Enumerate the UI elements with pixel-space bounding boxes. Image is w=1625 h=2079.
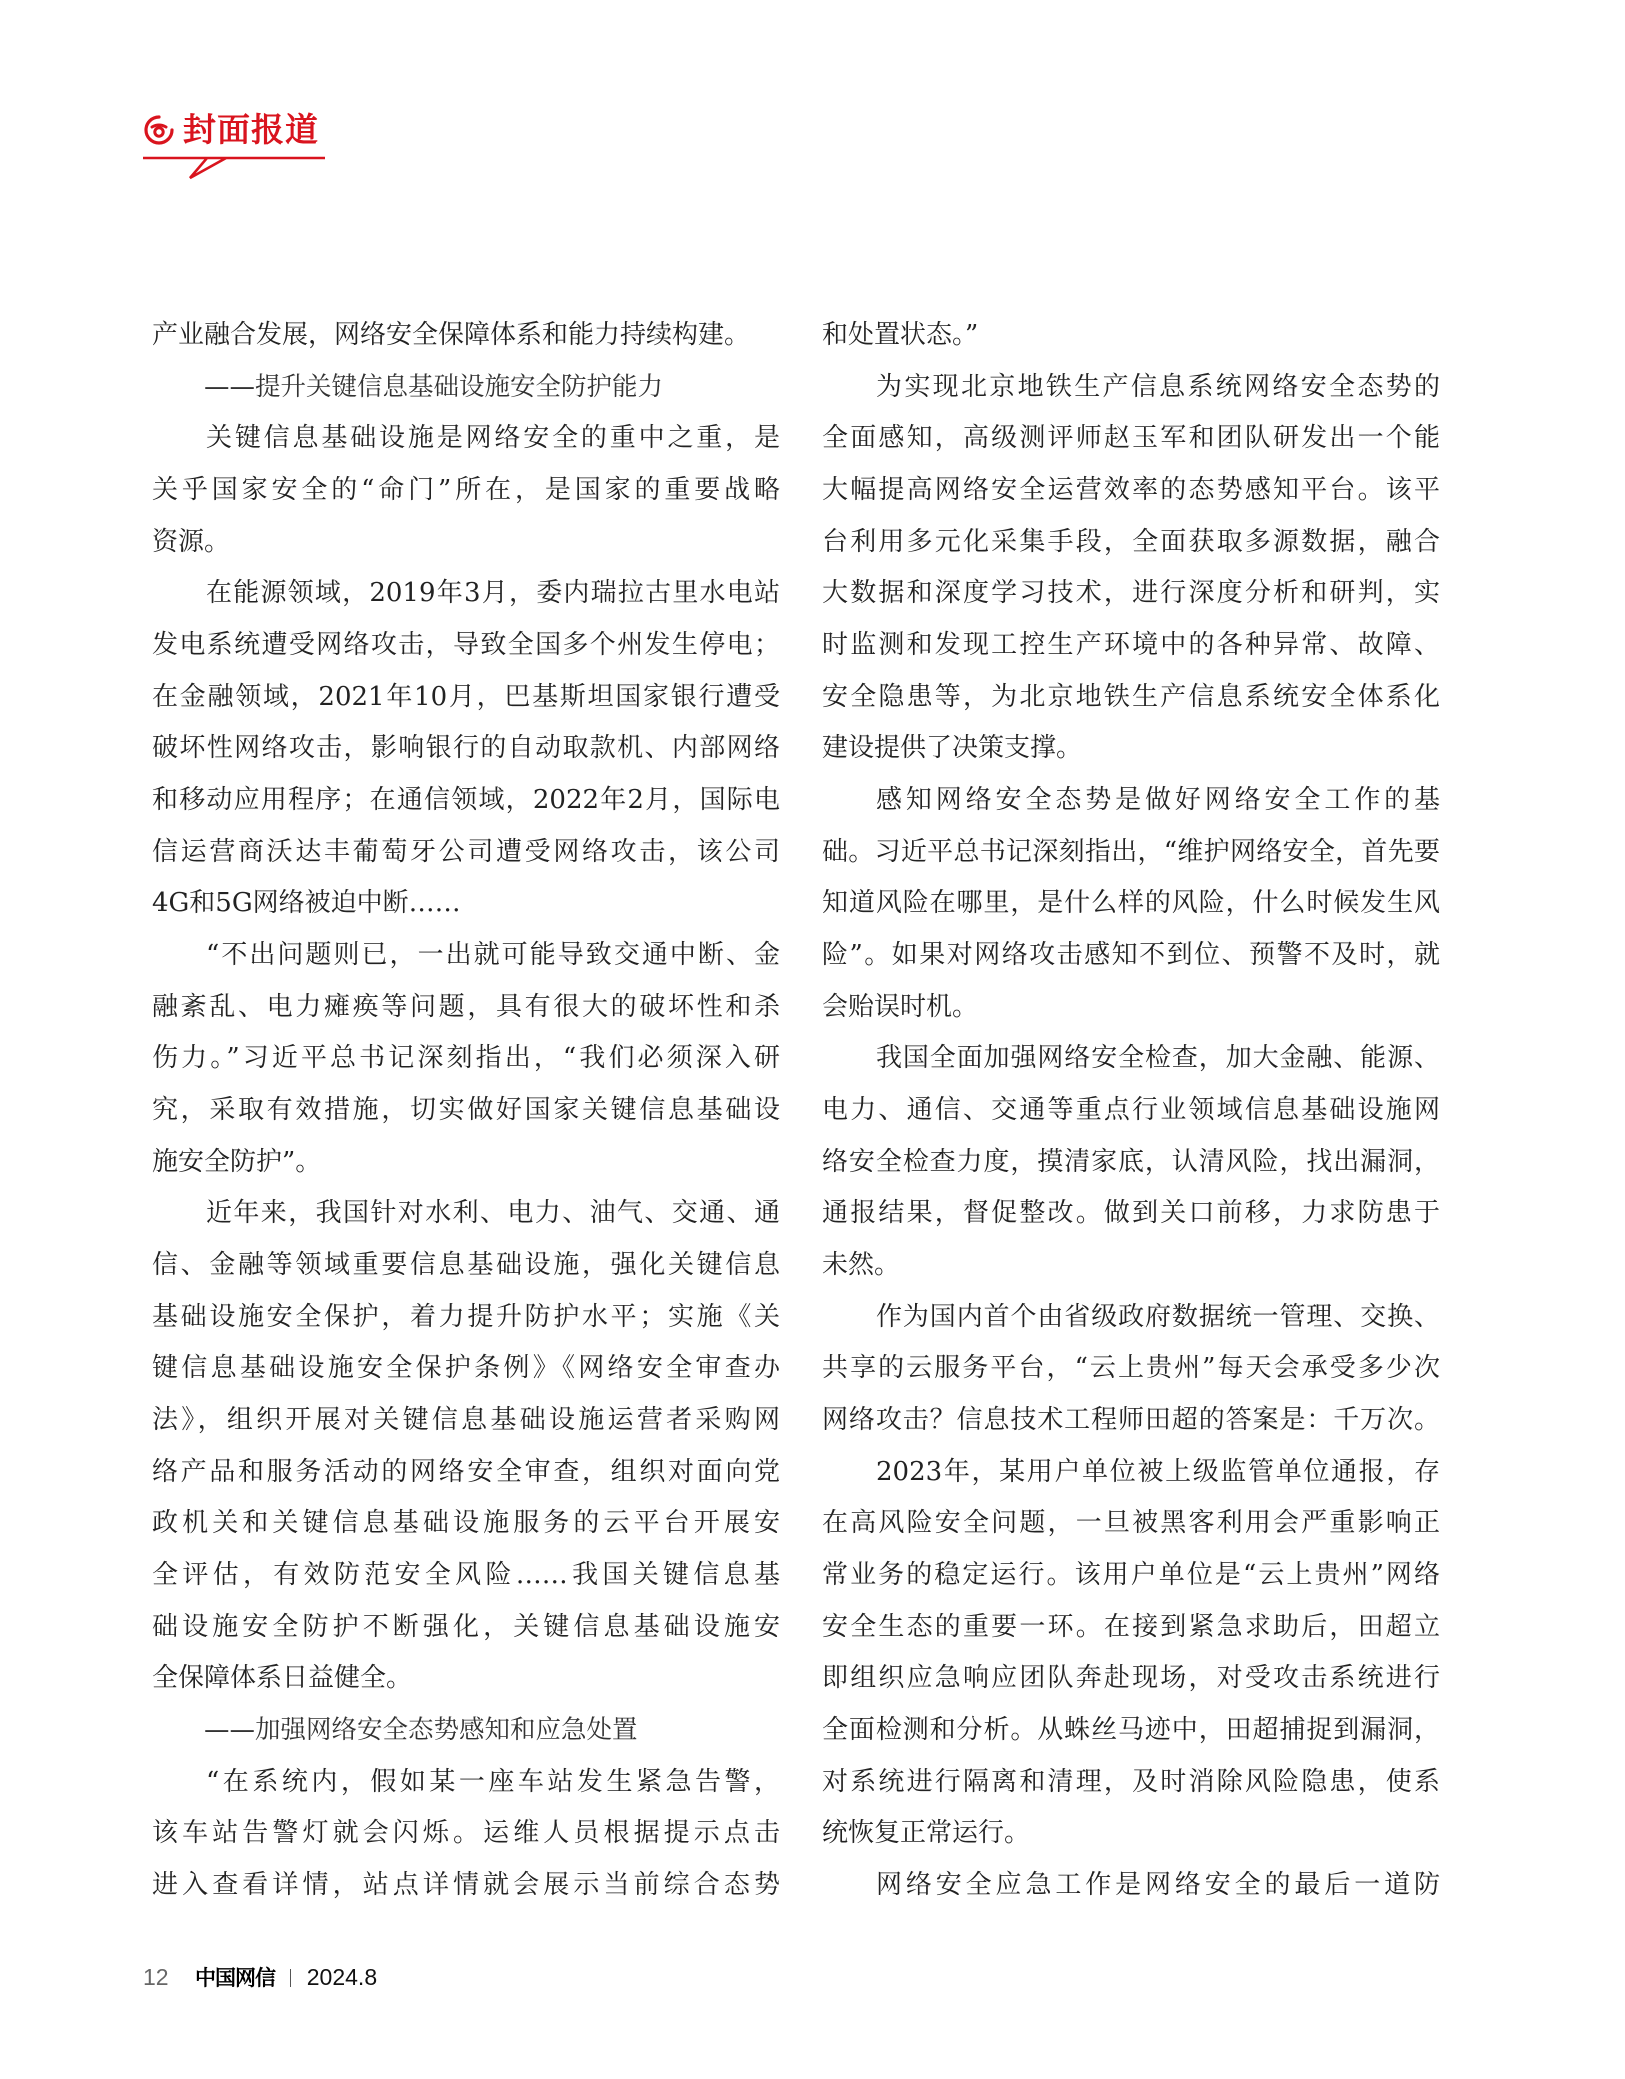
text-line: 全评估，有效防范安全风险……我国关键信息基 — [152, 1549, 780, 1601]
text-line: 4G和5G网络被迫中断…… — [152, 877, 780, 929]
text-line: 建设提供了决策支撑。 — [822, 722, 1440, 774]
text-line: 政机关和关键信息基础设施服务的云平台开展安 — [152, 1497, 780, 1549]
text-line: 网络安全应急工作是网络安全的最后一道防 — [822, 1859, 1440, 1911]
text-line: 关键信息基础设施是网络安全的重中之重，是 — [152, 412, 780, 464]
text-line: 2023年，某用户单位被上级监管单位通报，存 — [822, 1446, 1440, 1498]
text-line: 产业融合发展，网络安全保障体系和能力持续构建。 — [152, 309, 780, 361]
text-line: 全面感知，高级测评师赵玉军和团队研发出一个能 — [822, 412, 1440, 464]
text-line: “在系统内，假如某一座车站发生紧急告警， — [152, 1756, 780, 1808]
text-line: 安全隐患等，为北京地铁生产信息系统安全体系化 — [822, 671, 1440, 723]
text-line: 进入查看详情，站点详情就会展示当前综合态势 — [152, 1859, 780, 1911]
text-line: 和处置状态。” — [822, 309, 1440, 361]
text-line: 信、金融等领域重要信息基础设施，强化关键信息 — [152, 1239, 780, 1291]
text-line: 融紊乱、电力瘫痪等问题，具有很大的破坏性和杀 — [152, 981, 780, 1033]
text-line: 础设施安全防护不断强化，关键信息基础设施安 — [152, 1601, 780, 1653]
section-header: 封面报道 — [143, 110, 328, 180]
swirl-logo-icon — [143, 114, 175, 146]
text-line: 信运营商沃达丰葡萄牙公司遭受网络攻击，该公司 — [152, 826, 780, 878]
text-line: 通报结果，督促整改。做到关口前移，力求防患于 — [822, 1187, 1440, 1239]
text-line: 会贻误时机。 — [822, 981, 1440, 1033]
text-line: 台利用多元化采集手段，全面获取多源数据，融合 — [822, 516, 1440, 568]
text-line: 知道风险在哪里，是什么样的风险，什么时候发生风 — [822, 877, 1440, 929]
text-line: 在金融领域，2021年10月，巴基斯坦国家银行遭受 — [152, 671, 780, 723]
subheading: ——加强网络安全态势感知和应急处置 — [152, 1704, 780, 1756]
footer-divider — [290, 1969, 291, 1987]
text-line: 在高风险安全问题，一旦被黑客利用会严重影响正 — [822, 1497, 1440, 1549]
text-line: 键信息基础设施安全保护条例》《网络安全审查办 — [152, 1342, 780, 1394]
text-line: 全面检测和分析。从蛛丝马迹中，田超捕捉到漏洞， — [822, 1704, 1440, 1756]
text-line: 作为国内首个由省级政府数据统一管理、交换、 — [822, 1291, 1440, 1343]
text-line: 和移动应用程序；在通信领域，2022年2月，国际电 — [152, 774, 780, 826]
text-line: 时监测和发现工控生产环境中的各种异常、故障、 — [822, 619, 1440, 671]
text-line: 对系统进行隔离和清理，及时消除风险隐患，使系 — [822, 1756, 1440, 1808]
text-line: 安全生态的重要一环。在接到紧急求助后，田超立 — [822, 1601, 1440, 1653]
text-line: 全保障体系日益健全。 — [152, 1652, 780, 1704]
issue-date: 2024.8 — [307, 1964, 377, 1990]
magazine-page: 封面报道 产业融合发展，网络安全保障体系和能力持续构建。——提升关键信息基础设施… — [0, 0, 1625, 2079]
text-line: 我国全面加强网络安全检查，加大金融、能源、 — [822, 1032, 1440, 1084]
text-line: “不出问题则已，一出就可能导致交通中断、金 — [152, 929, 780, 981]
text-line: 网络攻击？信息技术工程师田超的答案是：千万次。 — [822, 1394, 1440, 1446]
text-line: 共享的云服务平台，“云上贵州”每天会承受多少次 — [822, 1342, 1440, 1394]
page-number: 12 — [143, 1964, 169, 1990]
text-line: 统恢复正常运行。 — [822, 1807, 1440, 1859]
text-line: 该车站告警灯就会闪烁。运维人员根据提示点击 — [152, 1807, 780, 1859]
text-line: 络安全检查力度，摸清家底，认清风险，找出漏洞， — [822, 1136, 1440, 1188]
text-line: 基础设施安全保护，着力提升防护水平；实施《关 — [152, 1291, 780, 1343]
text-line: 感知网络安全态势是做好网络安全工作的基 — [822, 774, 1440, 826]
text-line: 资源。 — [152, 516, 780, 568]
text-line: 在能源领域，2019年3月，委内瑞拉古里水电站 — [152, 567, 780, 619]
text-line: 伤力。”习近平总书记深刻指出，“我们必须深入研 — [152, 1032, 780, 1084]
text-line: 关乎国家安全的“命门”所在，是国家的重要战略 — [152, 464, 780, 516]
text-line: 法》，组织开展对关键信息基础设施运营者采购网 — [152, 1394, 780, 1446]
text-line: 为实现北京地铁生产信息系统网络安全态势的 — [822, 361, 1440, 413]
text-line: 破坏性网络攻击，影响银行的自动取款机、内部网络 — [152, 722, 780, 774]
text-line: 发电系统遭受网络攻击，导致全国多个州发生停电； — [152, 619, 780, 671]
text-line: 险”。如果对网络攻击感知不到位、预警不及时，就 — [822, 929, 1440, 981]
text-line: 础。习近平总书记深刻指出，“维护网络安全，首先要 — [822, 826, 1440, 878]
text-line: 近年来，我国针对水利、电力、油气、交通、通 — [152, 1187, 780, 1239]
text-line: 未然。 — [822, 1239, 1440, 1291]
text-line: 电力、通信、交通等重点行业领域信息基础设施网 — [822, 1084, 1440, 1136]
subheading: ——提升关键信息基础设施安全防护能力 — [152, 361, 780, 413]
section-label: 封面报道 — [183, 110, 319, 150]
text-line: 常业务的稳定运行。该用户单位是“云上贵州”网络 — [822, 1549, 1440, 1601]
page-footer: 12 中国网信 2024.8 — [143, 1963, 377, 1991]
text-line: 施安全防护”。 — [152, 1136, 780, 1188]
magazine-name: 中国网信 — [195, 1966, 275, 1990]
text-line: 即组织应急响应团队奔赴现场，对受攻击系统进行 — [822, 1652, 1440, 1704]
speech-bubble-underline — [143, 156, 325, 180]
text-line: 大幅提高网络安全运营效率的态势感知平台。该平 — [822, 464, 1440, 516]
text-line: 大数据和深度学习技术，进行深度分析和研判，实 — [822, 567, 1440, 619]
text-line: 究，采取有效措施，切实做好国家关键信息基础设 — [152, 1084, 780, 1136]
text-line: 络产品和服务活动的网络安全审查，组织对面向党 — [152, 1446, 780, 1498]
